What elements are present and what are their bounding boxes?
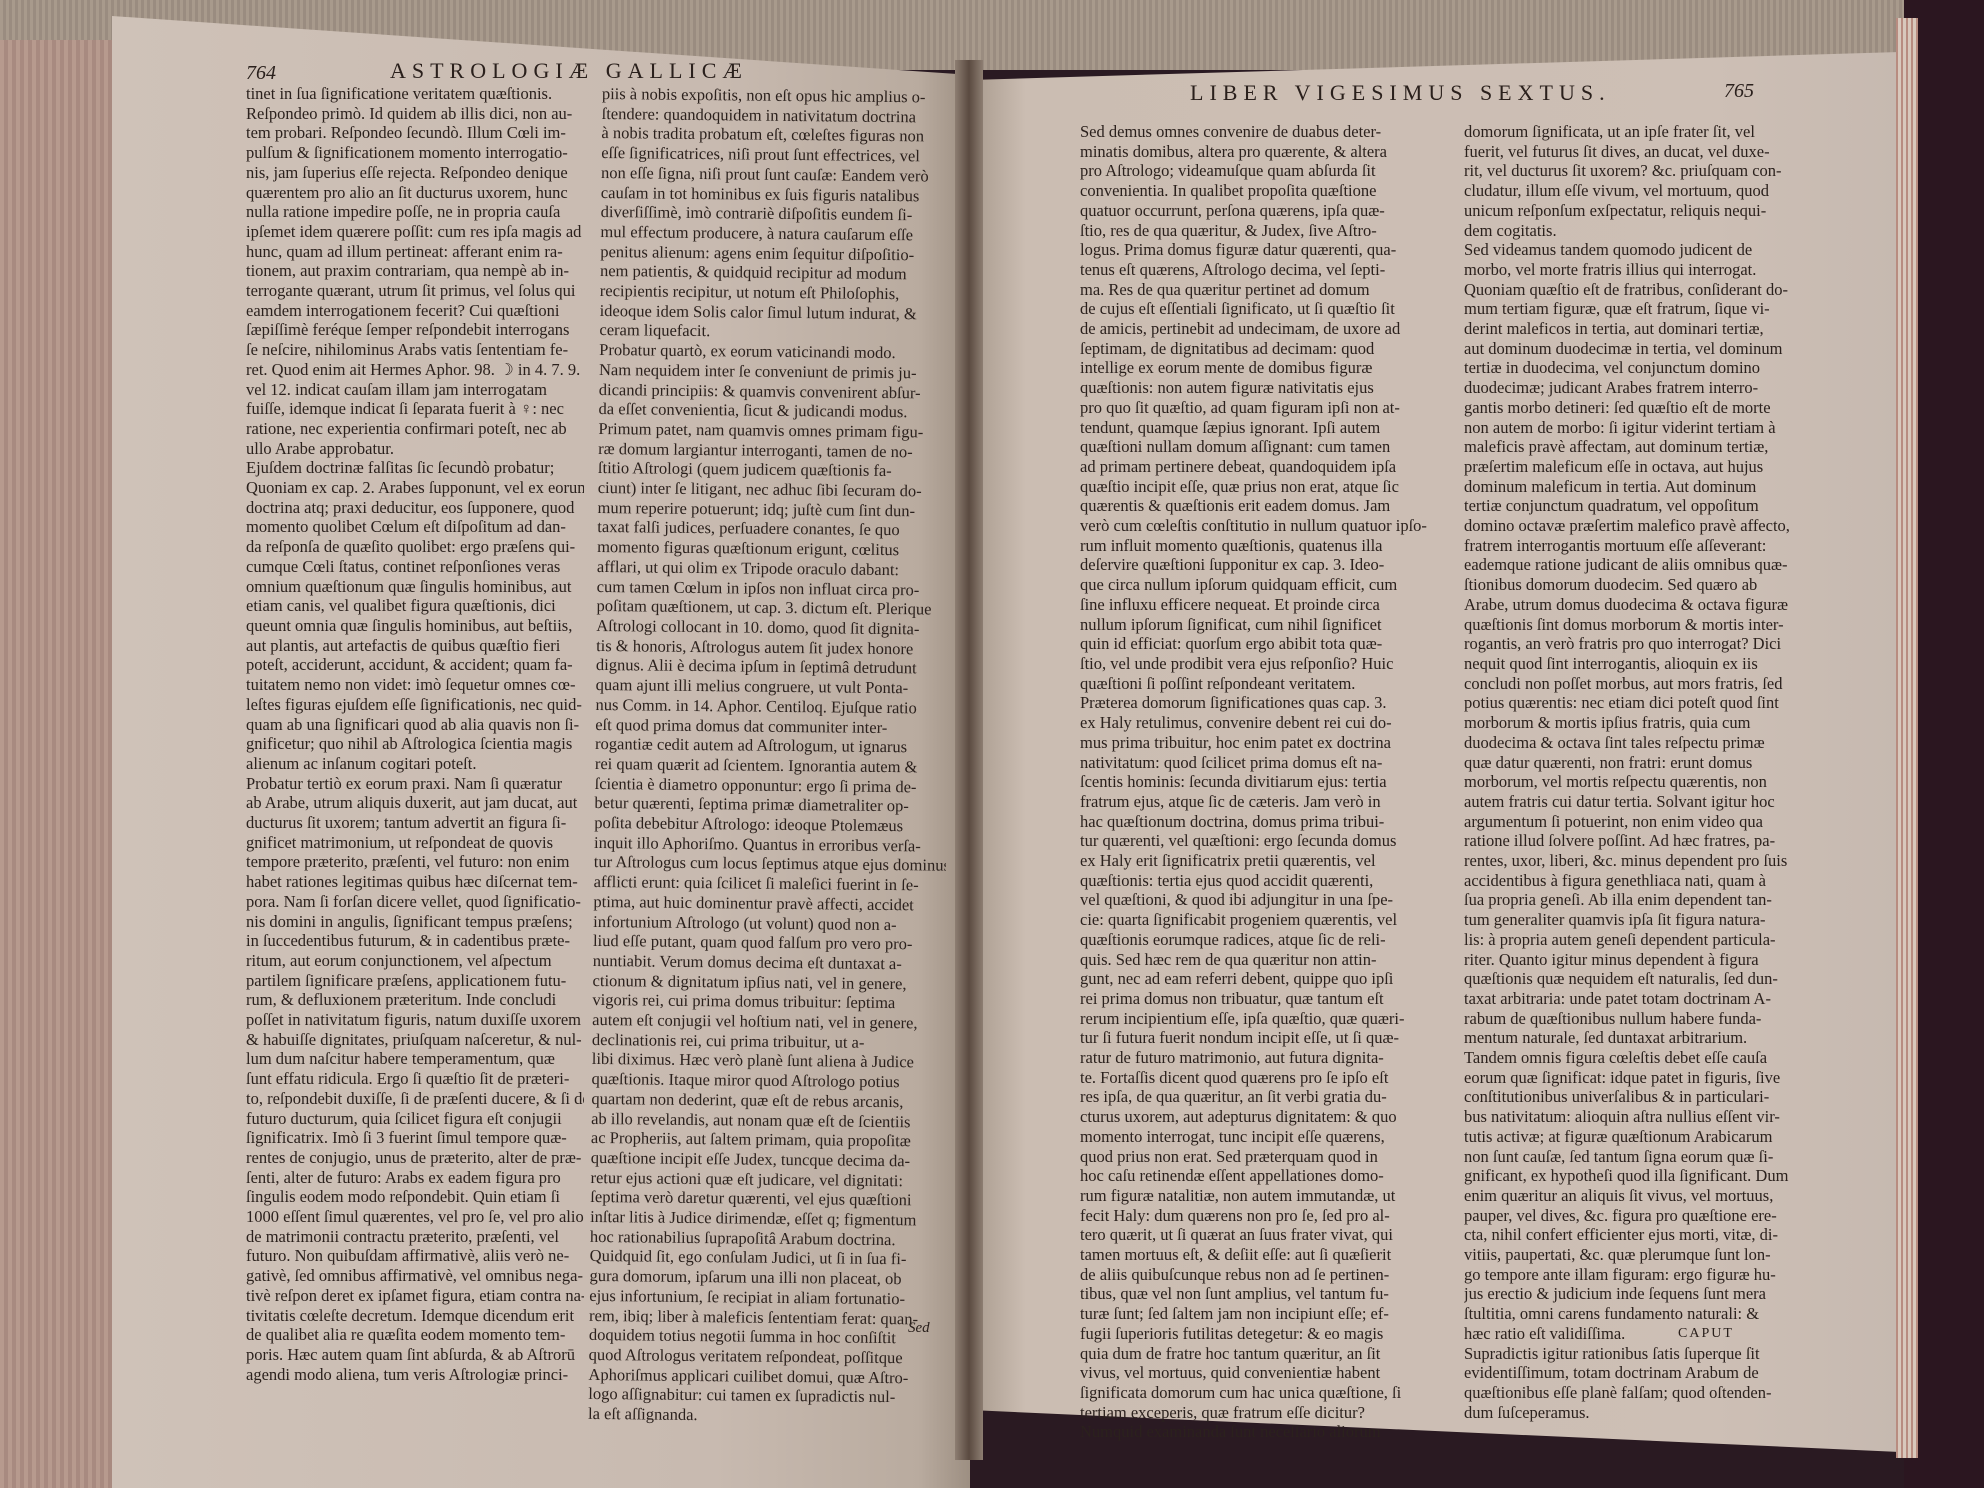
text-line: terrogante quærant, utrum ſit primus, ve…	[246, 281, 584, 301]
left-running-head: ASTROLOGIÆ GALLICÆ	[390, 58, 748, 84]
text-line: quærentem pro alio an ſit ducturus uxore…	[246, 183, 584, 203]
text-line: tempore præterito, præſenti, vel futuro:…	[246, 852, 584, 872]
text-line: hac quæſtionum doctrina, domus prima tri…	[1080, 812, 1446, 832]
text-line: que circa nullum ipſorum quidquam effici…	[1080, 575, 1446, 595]
text-line: cumque Cœli ſtatus, continet reſponſione…	[246, 557, 584, 577]
text-line: maleficis pravè affectam, aut dominum te…	[1464, 437, 1814, 457]
text-line: pro quo ſit quæſtio, ad quam figuram ipſ…	[1080, 398, 1446, 418]
text-line: ratur de futuro matrimonio, aut futura d…	[1080, 1048, 1446, 1068]
text-line: omnium quæſtionum quæ ſingulis hominibus…	[246, 577, 584, 597]
text-line: hoc caſu retinendæ eſſent appellationes …	[1080, 1166, 1446, 1186]
text-line: ſæpiſſimè feréque ſemper reſpondebit int…	[246, 320, 584, 340]
text-line: quæſtionibus eſſe planè falſam; quod oſt…	[1464, 1383, 1814, 1403]
text-line: nulla ratione impedire poſſe, ne in prop…	[246, 202, 584, 222]
text-line: poris. Hæc autem quam ſint abſurda, & ab…	[246, 1345, 584, 1365]
text-line: alienum ac inſanum cogitari poteſt.	[246, 754, 584, 774]
text-line: deſervire quæſtioni ſupponitur ex cap. 3…	[1080, 555, 1446, 575]
text-line: tum generaliter quamvis ipſa ſit figura …	[1464, 910, 1814, 930]
text-line: rum influit momento quæſtionis, quatenus…	[1080, 536, 1446, 556]
text-line: rum figuræ natalitiæ, non autem immutand…	[1080, 1186, 1446, 1206]
text-line: Supradictis igitur rationibus ſatis ſupe…	[1464, 1344, 1814, 1364]
text-line: derint maleficos in tertia, aut dominari…	[1464, 319, 1814, 339]
page-edges	[1896, 18, 1918, 1458]
text-line: tem probari. Reſpondeo ſecundò. Illum Cœ…	[246, 123, 584, 143]
text-line: quæſtionis: tertia ejus quod accidit quæ…	[1080, 871, 1446, 891]
text-line: gnificet matrimonium, ut reſpondeat de q…	[246, 833, 584, 853]
text-line: futuro ducturum, quia ſcilicet figura eſ…	[246, 1109, 584, 1129]
cover-cloth-left	[0, 40, 120, 1488]
text-line: quæſtionis quæ nequidem eſt naturalis, ſ…	[1464, 969, 1814, 989]
text-line: conſtitutionibus univerſalibus & in part…	[1464, 1087, 1814, 1107]
text-line: cludatur, illum eſſe vivum, vel mortuum,…	[1464, 181, 1814, 201]
text-line: rabum de quæſtionibus nullum habere fund…	[1464, 1009, 1814, 1029]
text-line: ſcentis hominis: ſecunda divitiarum ejus…	[1080, 772, 1446, 792]
text-line: gunt, nec ad eam referri debent, quippe …	[1080, 969, 1446, 989]
text-line: rentes, uxor, liberi, &c. minus dependen…	[1464, 851, 1814, 871]
text-line: Probatur tertiò ex eorum praxi. Nam ſi q…	[246, 774, 584, 794]
text-line: rogantis, an verò fratris pro quo interr…	[1464, 634, 1814, 654]
text-line: quatuor occurrunt, perſona quærens, ipſa…	[1080, 201, 1446, 221]
text-line: fuerit, vel futurus ſit dives, an ducat,…	[1464, 142, 1814, 162]
text-line: hunc, quam ad illum pertineat: afferant …	[246, 242, 584, 262]
text-line: ſignificata domorum cum hac unica quæſti…	[1080, 1383, 1446, 1403]
text-line: Sed demus omnes convenire de duabus dete…	[1080, 122, 1446, 142]
text-line: quæſtioni ſi poſſint reſpondeant veritat…	[1080, 674, 1446, 694]
text-line: momento interrogat, tunc incipit eſſe qu…	[1080, 1127, 1446, 1147]
text-line: non autem de morbo: ſi igitur viderint t…	[1464, 418, 1814, 438]
text-line: ſtultitia, omni carens fundamento natura…	[1464, 1304, 1814, 1324]
text-line: tertiæ in duodecima, vel conjunctum domi…	[1464, 358, 1814, 378]
text-line: pulſum & ſignificationem momento interro…	[246, 143, 584, 163]
text-line: la eſt aſſignanda.	[588, 1404, 940, 1427]
text-line: ſtionibus domorum duodecim. Sed quæro ab	[1464, 575, 1814, 595]
text-line: ad primam pertinere debeat, quandoquidem…	[1080, 457, 1446, 477]
text-line: habet rationes legitimas quibus hæc diſc…	[246, 872, 584, 892]
text-line: nullum ipſorum ſignificat, cum nihil ſig…	[1080, 615, 1446, 635]
text-line: quæſtionis ſint domus morborum & mortis …	[1464, 615, 1814, 635]
text-line: ratione illud ſolvere poſſint. Ad hæc fr…	[1464, 831, 1814, 851]
text-line: turæ ſunt; ſed ſaltem jam non incipiunt …	[1080, 1304, 1446, 1324]
text-line: duodecimæ; judicant Arabes fratrem inter…	[1464, 378, 1814, 398]
text-line: jus erectio & judicium inde ſequens ſunt…	[1464, 1284, 1814, 1304]
text-line: gnificetur; quo nihil ab Aſtrologica ſci…	[246, 734, 584, 754]
right-page-number: 765	[1724, 80, 1754, 103]
text-line: mus prima tribuitur, hoc enim patet ex d…	[1080, 733, 1446, 753]
text-line: quam ab una ſignificari quod ab alia qua…	[246, 715, 584, 735]
text-line: verò cum cœleſtis conſtitutio in nullum …	[1080, 516, 1446, 536]
text-line: tionem, aut praxim contrariam, qua nempè…	[246, 261, 584, 281]
right-running-head: LIBER VIGESIMUS SEXTUS.	[1190, 80, 1611, 106]
text-line: eamdem interrogationem fecerit? Cui quæſ…	[246, 301, 584, 321]
text-line: cta, nihil confert efficienter ejus mort…	[1464, 1225, 1814, 1245]
text-line: dem cogitatis.	[1464, 221, 1814, 241]
text-line: autem fratris cui datur tertia. Solvant …	[1464, 792, 1814, 812]
text-line: quin id efficiat: quorſum ergo abibit to…	[1080, 634, 1446, 654]
text-line: in ſuccedentibus futurum, & in cadentibu…	[246, 931, 584, 951]
text-line: vel quæſtioni, & quod ibi adjungitur in …	[1080, 890, 1446, 910]
text-line: domorum ſignificata, ut an ipſe frater ſ…	[1464, 122, 1814, 142]
text-line: morborum, vel mortis reſpectu quærentis,…	[1464, 772, 1814, 792]
text-line: tendunt, quamque ſæpius ignorant. Ipſi a…	[1080, 418, 1446, 438]
text-line: fecit Haly: dum quærens non pro ſe, ſed …	[1080, 1206, 1446, 1226]
text-line: etiam canis, vel qualibet figura quæſtio…	[246, 596, 584, 616]
left-page-column-2: piis à nobis expoſitis, non eſt opus hic…	[588, 84, 954, 1427]
text-line: Quoniam ex cap. 2. Arabes ſupponunt, vel…	[246, 478, 584, 498]
text-line: dominum maleficum in tertia. Aut dominum	[1464, 477, 1814, 497]
text-line: non ſunt cauſæ, ſed tantum ſigna eorum q…	[1464, 1147, 1814, 1167]
text-line: bus nativitatum: alioquin aſtra nullius …	[1464, 1107, 1814, 1127]
text-line: hæc ratio eſt validiſſima.	[1464, 1324, 1814, 1344]
text-line: to, reſpondebit duxiſſe, ſi de præſenti …	[246, 1089, 584, 1109]
text-line: dum ſuſceperamus.	[1464, 1403, 1814, 1423]
text-line: Numquid examinanda ſunt neceſſario alior…	[1080, 1422, 1446, 1442]
right-catchword: CAPUT	[1678, 1326, 1734, 1342]
left-page-column-1: tinet in ſua ſignificatione veritatem qu…	[246, 84, 584, 1384]
text-line: vivus, vel mortuus, quid convenientiæ ha…	[1080, 1363, 1446, 1383]
text-line: tertiæ conjunctum quadratum, vel oppoſit…	[1464, 496, 1814, 516]
text-line: convenientia. In qualibet propoſita quæſ…	[1080, 181, 1446, 201]
text-line: 1000 eſſent ſimul quærentes, vel pro ſe,…	[246, 1207, 584, 1227]
text-line: de cujus eſt eſſentiali ſignificato, ut …	[1080, 299, 1446, 319]
text-line: da reſponſa de quæſito quolibet: ergo pr…	[246, 537, 584, 557]
text-line: tur quærenti, vel quæſtioni: ergo ſecund…	[1080, 831, 1446, 851]
text-line: unicum reſponſum exſpectatur, reliquis n…	[1464, 201, 1814, 221]
text-line: fugii ſuperioris futilitas detegetur: & …	[1080, 1324, 1446, 1344]
text-line: Arabe, utrum domus duodecima & octava fi…	[1464, 595, 1814, 615]
text-line: ſingulis eodem modo reſpondebit. Quin et…	[246, 1187, 584, 1207]
text-line: queunt omnia quæ ſingulis hominibus, aut…	[246, 616, 584, 636]
text-line: enim quæritur an aliquis ſit vivus, vel …	[1464, 1186, 1814, 1206]
right-page-column-2: domorum ſignificata, ut an ipſe frater ſ…	[1464, 122, 1814, 1422]
text-line: præſertim maleficum eſſe in octava, aut …	[1464, 457, 1814, 477]
text-line: domino octavæ præſertim malefico pravè a…	[1464, 516, 1814, 536]
text-line: ex Haly erit ſignificatrix pretii quæren…	[1080, 851, 1446, 871]
text-line: quæſtionis: non autem figuræ nativitatis…	[1080, 378, 1446, 398]
text-line: ſe neſcire, nihilominus Arabs vatis ſent…	[246, 340, 584, 360]
text-line: ullo Arabe approbatur.	[246, 439, 584, 459]
text-line: nativitatum: quod ſcilicet prima domus e…	[1080, 753, 1446, 773]
text-line: ratione, nec experientia confirmari pote…	[246, 419, 584, 439]
text-line: rentes de conjugio, unus de præterito, a…	[246, 1148, 584, 1168]
text-line: aut dominum duodecimæ in tertia, vel dom…	[1464, 339, 1814, 359]
text-line: de aliis quibuſcunque rebus non ad ſe pe…	[1080, 1265, 1446, 1285]
text-line: vitiis, paupertati, &c. quæ plerumque ſu…	[1464, 1245, 1814, 1265]
text-line: cie: quarta ſignificabit progeniem quære…	[1080, 910, 1446, 930]
text-line: intellige ex eorum mente de domibus figu…	[1080, 358, 1446, 378]
text-line: morborum & mortis ipſius fratris, quia c…	[1464, 713, 1814, 733]
text-line: tivè reſpon deret ex ipſamet figura, eti…	[246, 1286, 584, 1306]
left-catchword: Sed	[908, 1320, 930, 1337]
text-line: Quoniam quæſtio eſt de fratribus, conſid…	[1464, 280, 1814, 300]
text-line: res ipſa, de qua quæritur, an ſit verbi …	[1080, 1087, 1446, 1107]
right-page-column-1: Sed demus omnes convenire de duabus dete…	[1080, 122, 1446, 1442]
text-line: Ejuſdem doctrinæ falſitas ſic ſecundò pr…	[246, 458, 584, 478]
text-line: Præterea domorum ſignificationes quas ca…	[1080, 693, 1446, 713]
text-line: riter. Quanto igitur minus dependent à f…	[1464, 950, 1814, 970]
text-line: ab Arabe, utrum aliquis duxerit, aut jam…	[246, 793, 584, 813]
text-line: ipſemet idem quærere poſſit: cum res ipſ…	[246, 222, 584, 242]
text-line: tamen mortuus eſt, & deſiit eſſe: aut ſi…	[1080, 1245, 1446, 1265]
text-line: lis: à propria autem geneſi dependent pa…	[1464, 930, 1814, 950]
text-line: tutis activæ; at figuræ quæſtionum Arabi…	[1464, 1127, 1814, 1147]
text-line: poteſt, acciderunt, accidunt, & accident…	[246, 655, 584, 675]
text-line: tinet in ſua ſignificatione veritatem qu…	[246, 84, 584, 104]
text-line: tertiam exceperis, quæ fratrum eſſe dici…	[1080, 1403, 1446, 1423]
text-line: ducturus ſit uxorem; tantum advertit an …	[246, 813, 584, 833]
text-line: rit, vel ducturus ſit uxorem? &c. priuſq…	[1464, 161, 1814, 181]
text-line: pauper, vel dives, &c. figura pro quæſti…	[1464, 1206, 1814, 1226]
text-line: te. Fortaſſis dicent quod quærens pro ſe…	[1080, 1068, 1446, 1088]
text-line: ſtio, res de qua quæritur, & Judex, ſive…	[1080, 221, 1446, 241]
text-line: pro Aſtrologo; videamuſque quam abſurda …	[1080, 161, 1446, 181]
text-line: tenus eſt quærens, Aſtrologo decima, vel…	[1080, 260, 1446, 280]
text-line: quis. Sed hæc rem de qua quæritur non at…	[1080, 950, 1446, 970]
text-line: lum dum naſcitur habere temperamentum, q…	[246, 1049, 584, 1069]
book-gutter	[955, 60, 983, 1460]
text-line: logus. Prima domus figuræ datur quærenti…	[1080, 240, 1446, 260]
text-line: concludi non poſſet morbus, aut mors fra…	[1464, 674, 1814, 694]
text-line: vel 12. indicat cauſam illam jam interro…	[246, 380, 584, 400]
text-line: Reſpondeo primò. Id quidem ab illis dici…	[246, 104, 584, 124]
text-line: ma. Res de qua quæritur pertinet ad domu…	[1080, 280, 1446, 300]
text-line: morbo, vel morte fratris illius qui inte…	[1464, 260, 1814, 280]
text-line: quæſtioni nullam domum aſſignant: cum ta…	[1080, 437, 1446, 457]
text-line: go tempore ante illam figuram: ergo figu…	[1464, 1265, 1814, 1285]
text-line: agendi modo aliena, tum veris Aſtrologiæ…	[246, 1365, 584, 1385]
left-page-number: 764	[246, 62, 276, 85]
text-line: argumentum ſi potuerint, non enim video …	[1464, 812, 1814, 832]
text-line: fuiſſe, idemque indicat ſi ſeparata fuer…	[246, 399, 584, 419]
text-line: Tandem omnis figura cœleſtis debet eſſe …	[1464, 1048, 1814, 1068]
text-line: tero quærit, ut ſi quærat an ſuus frater…	[1080, 1225, 1446, 1245]
text-line: aut plantis, aut artefactis de quibus qu…	[246, 636, 584, 656]
text-line: eorum quæ ſignificat: idque patet in fig…	[1464, 1068, 1814, 1088]
text-line: nis, jam ſuperius eſſe rejecta. Reſponde…	[246, 163, 584, 183]
text-line: de amicis, pertinebit ad undecimam, de u…	[1080, 319, 1446, 339]
text-line: momento quolibet Cœlum eſt diſpoſitum ad…	[246, 517, 584, 537]
text-line: nequit quod ſint interrogantis, alioquin…	[1464, 654, 1814, 674]
text-line: ſunt effatu ridicula. Ergo ſi quæſtio ſi…	[246, 1069, 584, 1089]
text-line: quod prius non erat. Sed præterquam quod…	[1080, 1147, 1446, 1167]
text-line: rei prima domus non tribuatur, quæ tantu…	[1080, 989, 1446, 1009]
text-line: ſignificatrix. Imò ſi 3 fuerint ſimul te…	[246, 1128, 584, 1148]
text-line: accidentibus à figura genethliaca nati, …	[1464, 871, 1814, 891]
text-line: quæ datur quærenti, non fratri: erunt do…	[1464, 753, 1814, 773]
text-line: gantis morbo detineri: ſed quæſtio eſt d…	[1464, 398, 1814, 418]
text-line: gnificant, ex hypotheſi quod illa ſignif…	[1464, 1166, 1814, 1186]
text-line: tur ſi futura fuerit nondum incipit eſſe…	[1080, 1028, 1446, 1048]
text-line: taxat arbitraria: unde patet totam doctr…	[1464, 989, 1814, 1009]
text-line: tuitatem nemo non videt: imò ſequetur om…	[246, 675, 584, 695]
text-line: tibus, quæ vel non ſunt amplius, vel tan…	[1080, 1284, 1446, 1304]
text-line: minatis domibus, altera pro quærente, & …	[1080, 142, 1446, 162]
text-line: poſſet in nativitatum figuris, natum dux…	[246, 1010, 584, 1030]
text-line: mentum naturale, ſed duntaxat arbitrariu…	[1464, 1028, 1814, 1048]
text-line: gativè, ſed omnibus affirmativè, vel omn…	[246, 1266, 584, 1286]
text-line: potius quærentis: nec etiam dici poteſt …	[1464, 693, 1814, 713]
text-line: fratrum ejus, atque ſic de cæteris. Jam …	[1080, 792, 1446, 812]
text-line: & habuiſſe dignitates, priuſquam naſcere…	[246, 1030, 584, 1050]
text-line: mum tertiam figuræ, quæ eſt fratrum, ſiq…	[1464, 299, 1814, 319]
text-line: quæſtionis eorumque radices, atque ſic d…	[1080, 930, 1446, 950]
text-line: ſtio, vel unde prodibit vera ejus reſpon…	[1080, 654, 1446, 674]
text-line: quærentis & quæſtionis erit eadem domus.…	[1080, 496, 1446, 516]
text-line: fratrem interrogantis mortuum eſſe aſſev…	[1464, 536, 1814, 556]
text-line: ſine influxu efficere nequeat. Et proind…	[1080, 595, 1446, 615]
text-line: eademque ratione judicant de aliis omnib…	[1464, 555, 1814, 575]
text-line: de qualibet alia re quæſita eodem moment…	[246, 1325, 584, 1345]
text-line: ret. Quod enim ait Hermes Aphor. 98. ☽ i…	[246, 360, 584, 380]
text-line: rum, & defluxionem præteritum. Inde conc…	[246, 990, 584, 1010]
text-line: evidentiſſimum, totam doctrinam Arabum d…	[1464, 1363, 1814, 1383]
text-line: cturus uxorem, aut adepturus dignitatem:…	[1080, 1107, 1446, 1127]
text-line: quia dum de fratre hoc tantum quæritur, …	[1080, 1344, 1446, 1364]
text-line: ſua propria geneſi. Ab illa enim depende…	[1464, 890, 1814, 910]
text-line: duodecima & octava ſint tales reſpectu p…	[1464, 733, 1814, 753]
text-line: nis domini in angulis, ſignificant tempu…	[246, 912, 584, 932]
text-line: pora. Nam ſi forſan dicere vellet, quod …	[246, 892, 584, 912]
text-line: ex Haly retulimus, convenire debent rei …	[1080, 713, 1446, 733]
text-line: partilem ſignificare præſens, applicatio…	[246, 971, 584, 991]
text-line: Sed videamus tandem quomodo judicent de	[1464, 240, 1814, 260]
text-line: ſenti, alter de futuro: Arabs ex eadem f…	[246, 1168, 584, 1188]
text-line: ritum, aut eorum conjunctionem, vel aſpe…	[246, 951, 584, 971]
text-line: tivitatis cœleſte decretum. Idemque dice…	[246, 1306, 584, 1326]
text-line: doctrina atq; praxi deducitur, eos ſuppo…	[246, 498, 584, 518]
text-line: leſtes figuras ejuſdem eſſe ſignificatio…	[246, 695, 584, 715]
text-line: ſeptimam, de dignitatibus ad decimam: qu…	[1080, 339, 1446, 359]
text-line: quæſtio incipit eſſe, quæ prius non erat…	[1080, 477, 1446, 497]
text-line: rerum incipientium eſſe, ipſa quæſtio, q…	[1080, 1009, 1446, 1029]
text-line: de matrimonii contractu præterito, præſe…	[246, 1227, 584, 1247]
text-line: futuro. Non quibuſdam affirmativè, aliis…	[246, 1246, 584, 1266]
